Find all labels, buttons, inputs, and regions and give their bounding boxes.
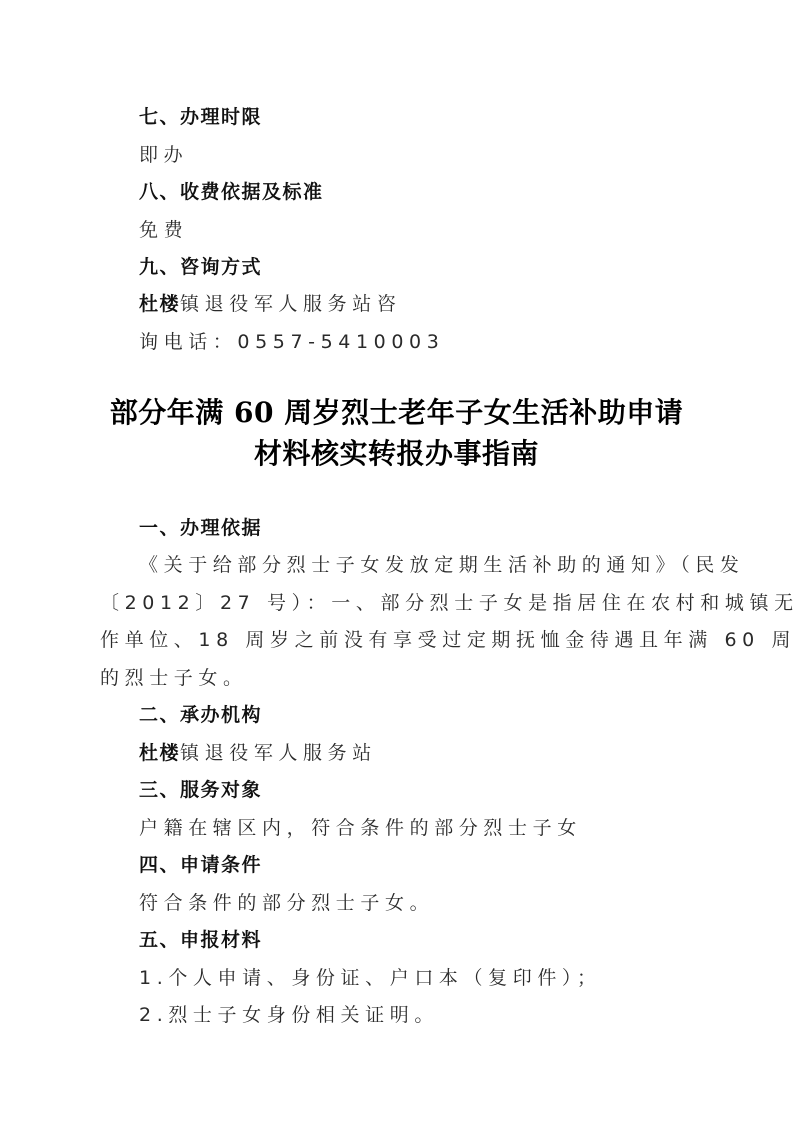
section-heading-agency: 二、承办机构: [139, 696, 739, 734]
section-body-consult: 杜楼镇退役军人服务站咨: [139, 285, 739, 323]
agency-text: 镇退役军人服务站: [180, 742, 377, 764]
section-heading-materials: 五、申报材料: [139, 921, 739, 959]
section-body-target: 户籍在辖区内，符合条件的部分烈士子女: [139, 809, 739, 847]
document-title-line2: 材料核实转报办事指南: [0, 433, 793, 475]
document-title-line1: 部分年满 60 周岁烈士老年子女生活补助申请: [0, 392, 793, 434]
section-heading-fee: 八、收费依据及标准: [139, 173, 739, 211]
town-name: 杜楼: [139, 742, 180, 764]
section-heading-conditions: 四、申请条件: [139, 846, 739, 884]
town-name: 杜楼: [139, 293, 180, 315]
section-heading-time-limit: 七、办理时限: [139, 98, 739, 136]
document-page: 七、办理时限 即办 八、收费依据及标准 免费 九、咨询方式 杜楼镇退役军人服务站…: [0, 0, 793, 1122]
basis-paragraph-line3: 作单位、18 周岁之前没有享受过定期抚恤金待遇且年满 60 周岁: [100, 621, 700, 659]
materials-item-2: 2.烈士子女身份相关证明。: [139, 996, 739, 1034]
section-body-fee: 免费: [139, 211, 739, 249]
basis-paragraph-line1: 《关于给部分烈士子女发放定期生活补助的通知》（民发: [139, 546, 739, 584]
section-heading-basis: 一、办理依据: [139, 509, 739, 547]
section-heading-target: 三、服务对象: [139, 771, 739, 809]
section-body-time-limit: 即办: [139, 136, 739, 174]
consult-text: 镇退役军人服务站咨: [180, 293, 401, 315]
section-body-agency: 杜楼镇退役军人服务站: [139, 734, 739, 772]
section-heading-consult: 九、咨询方式: [139, 248, 739, 286]
basis-paragraph-line4: 的烈士子女。: [100, 659, 700, 697]
basis-paragraph-line2: 〔2012〕27 号）：一、部分烈士子女是指居住在农村和城镇无工: [100, 584, 700, 622]
consult-phone-line: 询电话：0557-5410003: [139, 323, 739, 361]
materials-item-1: 1.个人申请、身份证、户口本（复印件）；: [139, 959, 739, 997]
section-body-conditions: 符合条件的部分烈士子女。: [139, 884, 739, 922]
